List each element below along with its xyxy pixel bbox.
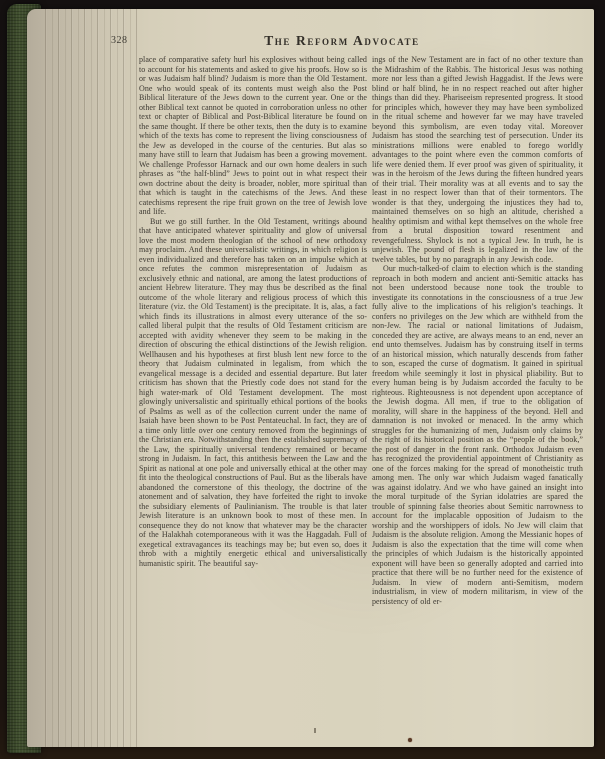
right-column: ings of the New Testament are in fact of… bbox=[372, 55, 583, 606]
scanned-page: 328 The Reform Advocate place of compara… bbox=[27, 9, 594, 747]
page-speck bbox=[408, 738, 412, 742]
page-number: 328 bbox=[111, 35, 128, 46]
paragraph: place of comparative safety hurl his exp… bbox=[139, 55, 367, 217]
page-speck bbox=[314, 728, 316, 733]
paragraph: Our much-talked-of claim to election whi… bbox=[372, 264, 583, 606]
left-column: place of comparative safety hurl his exp… bbox=[139, 55, 367, 606]
journal-masthead: The Reform Advocate bbox=[197, 33, 487, 49]
paragraph: But we go still further. In the Old Test… bbox=[139, 217, 367, 569]
paragraph: ings of the New Testament are in fact of… bbox=[372, 55, 583, 264]
text-block: place of comparative safety hurl his exp… bbox=[139, 55, 583, 606]
page-header: 328 The Reform Advocate bbox=[27, 33, 594, 51]
